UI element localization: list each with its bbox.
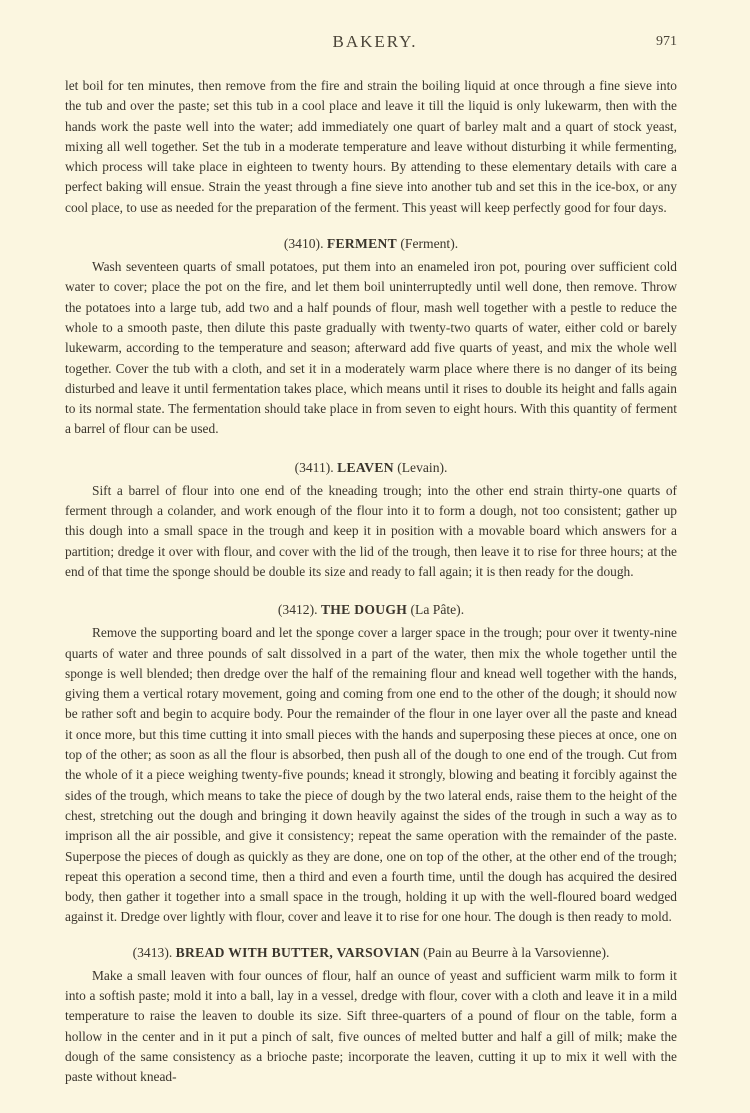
running-head: BAKERY. 971 — [0, 30, 750, 54]
recipe-text-3412: Remove the supporting board and let the … — [65, 623, 677, 927]
recipe-number: (3411). — [295, 460, 334, 475]
continuation-paragraph: let boil for ten minutes, then remove fr… — [65, 76, 677, 218]
recipe-title: FERMENT — [327, 236, 397, 251]
recipe-title: BREAD WITH BUTTER, VARSOVIAN — [176, 945, 420, 960]
page-number: 971 — [656, 34, 677, 50]
recipe-subtitle: (Ferment). — [400, 236, 458, 251]
recipe-number: (3413). — [133, 945, 173, 960]
recipe-number: (3412). — [278, 602, 318, 617]
recipe-heading-3410: (3410). FERMENT (Ferment). — [65, 234, 677, 254]
recipe-title: LEAVEN — [337, 460, 394, 475]
book-page: BAKERY. 971 let boil for ten minutes, th… — [0, 0, 750, 1113]
recipe-text-3410: Wash seventeen quarts of small potatoes,… — [65, 257, 677, 440]
recipe-title: THE DOUGH — [321, 602, 407, 617]
running-title: BAKERY. — [0, 32, 750, 52]
recipe-number: (3410). — [284, 236, 324, 251]
recipe-heading-3412: (3412). THE DOUGH (La Pâte). — [65, 600, 677, 620]
recipe-text-3413: Make a small leaven with four ounces of … — [65, 966, 677, 1088]
recipe-subtitle: (Pain au Beurre à la Varsovienne). — [423, 945, 609, 960]
recipe-subtitle: (La Pâte). — [411, 602, 465, 617]
body-text: let boil for ten minutes, then remove fr… — [65, 76, 677, 1087]
recipe-heading-3411: (3411). LEAVEN (Levain). — [65, 458, 677, 478]
recipe-text-3411: Sift a barrel of flour into one end of t… — [65, 481, 677, 582]
recipe-subtitle: (Levain). — [397, 460, 447, 475]
recipe-heading-3413: (3413). BREAD WITH BUTTER, VARSOVIAN (Pa… — [65, 943, 677, 963]
